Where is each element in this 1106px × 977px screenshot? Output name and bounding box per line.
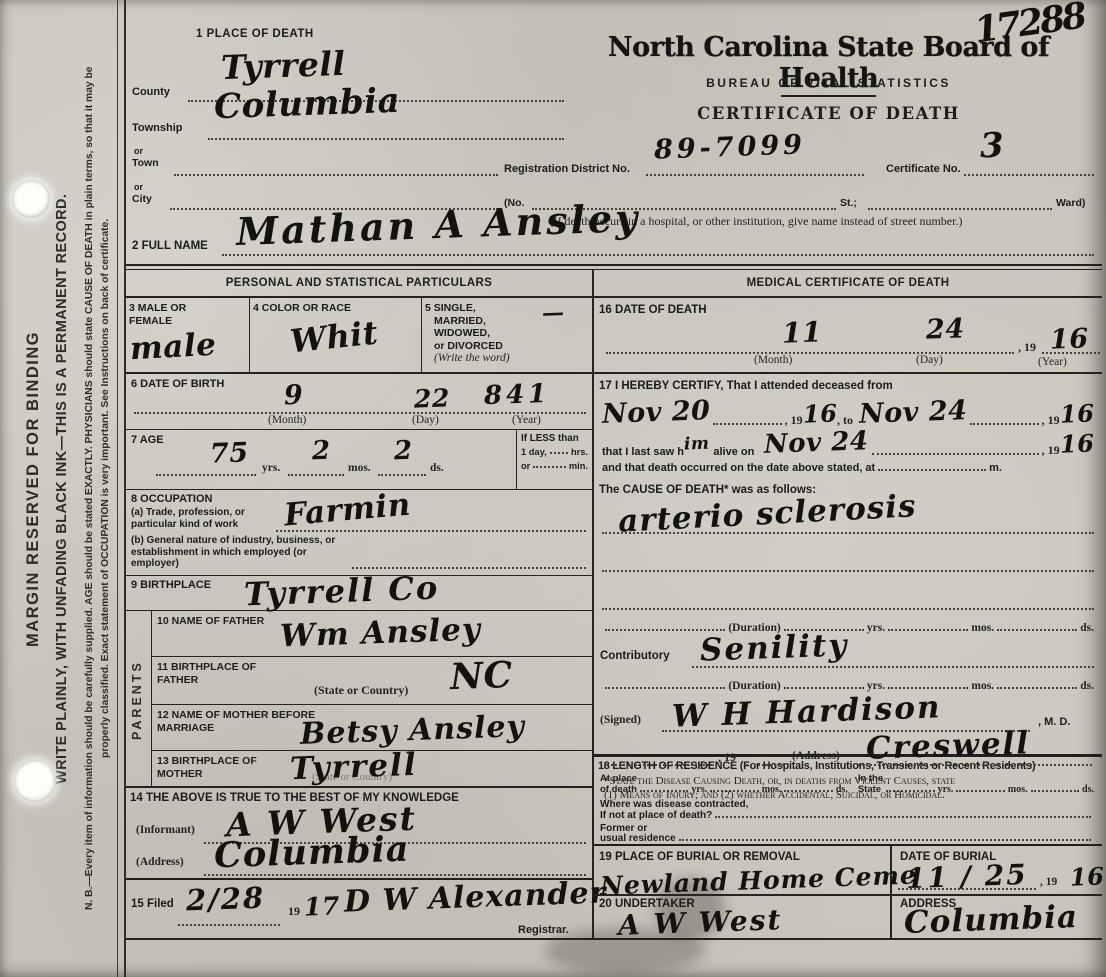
- birthplace-value-handwritten: Tyrrell Co: [243, 569, 439, 614]
- signed-label: (Signed): [600, 714, 641, 726]
- dod-year-dotted: [1042, 352, 1100, 354]
- mother-birthplace-handwritten: Tyrrell: [289, 747, 418, 787]
- sex-race-marital-row: 3 MALE OR FEMALE male 4 COLOR OR RACE Wh…: [126, 298, 592, 374]
- disease-contracted-label-1: Where was disease contracted,: [600, 799, 748, 810]
- attended-to-year-handwritten: 16: [1059, 398, 1094, 428]
- sex-cell: 3 MALE OR FEMALE male: [126, 298, 250, 372]
- marital-label-3: WIDOWED,: [425, 327, 589, 340]
- ward-dotted-line: [868, 208, 1052, 210]
- contributory-handwritten: Senility: [699, 627, 848, 668]
- duration-yrs: yrs.: [867, 622, 885, 634]
- from-19-prefix: , 19: [785, 413, 803, 428]
- last-saw-date-handwritten: Nov 24: [764, 426, 869, 460]
- less-than-one-day-cell: If LESS than 1 day, hrs. or min.: [516, 430, 592, 489]
- dod-dotted-line: [606, 352, 1014, 354]
- township-dotted-line: [208, 138, 564, 140]
- age-mos-label: mos.: [348, 462, 371, 474]
- burial-date-dotted: [898, 888, 1036, 890]
- residence-duration-line: At placeof death yrs. mos. ds. In theSta…: [600, 773, 1094, 795]
- physician-signature-handwritten: W H Hardison: [671, 689, 942, 734]
- filed-label: 15 Filed: [131, 898, 174, 910]
- undertaker-address-handwritten: Columbia: [903, 899, 1078, 941]
- burial-year-handwritten: 16: [1070, 861, 1105, 891]
- death-certificate-scan: MARGIN RESERVED FOR BINDING WRITE PLAINL…: [0, 0, 1106, 977]
- hole-punch-bottom: [14, 760, 56, 802]
- death-occurred-line: and that death occurred on the date abov…: [602, 462, 1002, 474]
- death-occurred-label: and that death occurred on the date abov…: [602, 462, 875, 474]
- mother-birthplace-row: 13 BIRTHPLACE OF MOTHER (State or Countr…: [152, 751, 592, 789]
- former-residence-label-2: usual residence: [600, 833, 676, 844]
- date-of-birth-row: 6 DATE OF BIRTH 9 22 841 (Month) (Day) (…: [126, 374, 592, 430]
- residence-title: 18 LENGTH OF RESIDENCE (For Hospitals, I…: [598, 760, 1035, 772]
- county-value-handwritten: Tyrrell: [220, 44, 346, 87]
- to-19-prefix: , 19: [1042, 413, 1060, 428]
- duration-ds: ds.: [1080, 680, 1094, 692]
- duration-line-2: (Duration) yrs. mos. ds.: [602, 680, 1094, 692]
- former-residence-line: usual residence: [600, 833, 1094, 844]
- age-ds-label: ds.: [430, 462, 444, 474]
- informant-row: 14 THE ABOVE IS TRUE TO THE BEST OF MY K…: [126, 788, 592, 880]
- occupation-a-dotted: [276, 530, 586, 532]
- dob-month-handwritten: 9: [283, 380, 303, 412]
- or-label: or: [134, 182, 143, 192]
- hole-punch-top: [12, 180, 50, 218]
- certify-statement: 17 I HEREBY CERTIFY, That I attended dec…: [599, 380, 893, 392]
- disease-contracted-line: If not at place of death?: [600, 810, 1094, 821]
- father-name-label: 10 NAME OF FATHER: [157, 615, 277, 628]
- ward-label: Ward): [1056, 197, 1085, 209]
- mother-name-label: 12 NAME OF MOTHER BEFORE MARRIAGE: [157, 709, 317, 734]
- mother-birthplace-label: 13 BIRTHPLACE OF MOTHER: [157, 755, 267, 780]
- occupation-b-label: (b) General nature of industry, business…: [131, 535, 349, 570]
- date-of-death-row: 16 DATE OF DEATH 11 24 (Month) (Day) , 1…: [594, 298, 1102, 374]
- father-name-row: 10 NAME OF FATHER Wm Ansley: [152, 611, 592, 657]
- burial-19-prefix: , 19: [1040, 876, 1057, 888]
- city-label: City: [132, 193, 152, 205]
- registration-district-dotted-line: [646, 174, 864, 176]
- certificate-form: 1 PLACE OF DEATH North Carolina State Bo…: [124, 0, 1100, 977]
- father-birthplace-handwritten: NC: [449, 654, 513, 698]
- attended-from-date-handwritten: Nov 20: [601, 395, 710, 430]
- burial-place-label: 19 PLACE OF BURIAL OR REMOVAL: [599, 851, 800, 863]
- res-yrs: yrs.: [691, 784, 707, 795]
- dod-day-note: (Day): [916, 354, 943, 366]
- contributory-dotted: [692, 666, 1094, 668]
- registrar-label: Registrar.: [518, 924, 569, 936]
- res-yrs: yrs.: [938, 784, 954, 795]
- attended-from-year-handwritten: 16: [802, 398, 837, 428]
- town-label: Town: [132, 157, 159, 169]
- township-value-handwritten: Columbia: [213, 81, 400, 127]
- to-label: , to: [837, 413, 853, 428]
- margin-permanent-record-text: WRITE PLAINLY, WITH UNFADING BLACK INK—T…: [54, 0, 78, 977]
- length-of-residence-block: 18 LENGTH OF RESIDENCE (For Hospitals, I…: [594, 756, 1102, 846]
- occupation-value-handwritten: Farmin: [283, 487, 413, 534]
- age-dotted-line: [288, 474, 344, 476]
- margin-nb-text-line2: properly classified. Exact statement of …: [100, 0, 115, 977]
- father-birthplace-row: 11 BIRTHPLACE OF FATHER (State or Countr…: [152, 657, 592, 705]
- marital-label-4: or DIVORCED: [425, 340, 589, 353]
- margin-nb-text-line1: N. B.—Every item of information should b…: [84, 0, 100, 977]
- informant-label: (Informant): [136, 824, 195, 836]
- attended-to-date-handwritten: Nov 24: [858, 395, 967, 430]
- occupation-a-label: (a) Trade, profession, or particular kin…: [131, 507, 283, 530]
- age-months-handwritten: 2: [311, 436, 331, 467]
- father-name-handwritten: Wm Ansley: [279, 612, 481, 655]
- filed-dotted: [178, 924, 280, 926]
- marital-write-word-note: (Write the word): [425, 352, 589, 366]
- dob-month-note: (Month): [268, 414, 306, 426]
- duration-line-1: (Duration) yrs. mos. ds.: [602, 622, 1094, 634]
- signed-dotted: [662, 730, 1030, 732]
- town-dotted-line: [174, 174, 498, 176]
- last-saw-line: that I last saw h im alive on Nov 24 , 1…: [602, 432, 1094, 458]
- age-row: 7 AGE 75 yrs. 2 mos. 2 ds. If LESS than …: [126, 430, 592, 490]
- race-label: 4 COLOR OR RACE: [253, 302, 418, 315]
- age-dotted-line: [156, 474, 256, 476]
- res-mos: mos.: [762, 784, 782, 795]
- age-years-handwritten: 75: [209, 437, 249, 469]
- dob-year-note: (Year): [512, 414, 541, 426]
- registration-district-label: Registration District No.: [504, 163, 630, 175]
- county-label: County: [132, 86, 170, 98]
- filed-row: 15 Filed 2/28 19 17 D W Alexander Regist…: [126, 880, 592, 940]
- age-days-handwritten: 2: [393, 436, 413, 467]
- dod-day-handwritten: 24: [925, 313, 965, 345]
- alive-on-label: alive on: [713, 446, 754, 458]
- full-name-value-handwritten: Mathan A Ansley: [235, 195, 641, 254]
- md-label: , M. D.: [1038, 716, 1070, 728]
- township-label: Township: [132, 122, 183, 134]
- father-birthplace-label: 11 BIRTHPLACE OF FATHER: [157, 661, 269, 686]
- parents-label-cell: PARENTS: [126, 611, 152, 786]
- dod-label: 16 DATE OF DEATH: [599, 304, 707, 316]
- parents-vertical-label: PARENTS: [130, 611, 144, 789]
- filed-year-handwritten: 17: [304, 891, 341, 921]
- or-label: or: [521, 461, 530, 471]
- bureau-underline: [781, 95, 876, 97]
- age-label: 7 AGE: [131, 434, 164, 446]
- medical-section-title: MEDICAL CERTIFICATE OF DEATH: [594, 270, 1102, 298]
- dob-label: 6 DATE OF BIRTH: [131, 378, 224, 390]
- margin-binding-text: MARGIN RESERVED FOR BINDING: [24, 0, 50, 977]
- duration-mos: mos.: [971, 622, 994, 634]
- medical-certificate-column: MEDICAL CERTIFICATE OF DEATH 16 DATE OF …: [594, 270, 1102, 938]
- res-mos: mos.: [1008, 784, 1028, 795]
- one-day-label: 1 day,: [521, 447, 547, 457]
- mother-name-handwritten: Betsy Ansley: [299, 709, 525, 752]
- parents-block: PARENTS 10 NAME OF FATHER Wm Ansley 11 B…: [126, 610, 592, 788]
- certificate-no-label: Certificate No.: [886, 163, 961, 175]
- mother-name-row: 12 NAME OF MOTHER BEFORE MARRIAGE Betsy …: [152, 705, 592, 751]
- dod-month-note: (Month): [754, 354, 792, 366]
- st-label: St.;: [840, 197, 857, 209]
- last-saw-year-handwritten: 16: [1059, 428, 1094, 458]
- less-than-label: If LESS than: [521, 433, 588, 444]
- filed-19-prefix: 19: [288, 904, 300, 919]
- dod-year-note: (Year): [1038, 356, 1067, 368]
- sex-label: 3 MALE OR FEMALE: [129, 302, 207, 327]
- age-dotted-line: [378, 474, 426, 476]
- dod-year-handwritten: 16: [1049, 323, 1089, 355]
- last-saw-prefix: that I last saw h: [602, 446, 684, 458]
- hrs-dotted: [550, 452, 568, 454]
- informant-address-dotted: [204, 874, 586, 876]
- registrar-signature-handwritten: D W Alexander: [343, 875, 606, 919]
- certification-block: 17 I HEREBY CERTIFY, That I attended dec…: [594, 374, 1102, 756]
- dob-year-handwritten: 841: [483, 379, 550, 411]
- duration-yrs: yrs.: [867, 680, 885, 692]
- bureau-subtitle: BUREAU OF VITAL STATISTICS: [556, 76, 1101, 90]
- occupation-label: 8 OCCUPATION: [131, 493, 213, 505]
- dob-day-handwritten: 22: [414, 383, 451, 413]
- min-dotted: [533, 466, 566, 468]
- certificate-of-death-title: CERTIFICATE OF DEATH: [556, 104, 1101, 123]
- race-value-handwritten: Whit: [288, 313, 380, 360]
- in-the-state-label: In theState: [858, 773, 883, 795]
- dod-month-handwritten: 11: [781, 315, 822, 349]
- full-name-label: 2 FULL NAME: [132, 240, 208, 252]
- registration-district-value-handwritten: 89-7099: [654, 129, 807, 165]
- sex-value-handwritten: male: [129, 327, 217, 369]
- cause-dotted-2: [602, 570, 1094, 572]
- res-ds: ds.: [1082, 784, 1094, 795]
- race-cell: 4 COLOR OR RACE Whit: [250, 298, 422, 372]
- burial-column-divider: [890, 846, 892, 940]
- last-saw-him-handwritten: im: [684, 434, 710, 455]
- binding-rule-thin: [117, 0, 118, 977]
- or-label: or: [134, 146, 143, 156]
- disease-contracted-label-2: If not at place of death?: [600, 810, 712, 821]
- m-label: m.: [989, 462, 1002, 474]
- certificate-no-dotted-line: [964, 174, 1094, 176]
- informant-address-label: (Address): [136, 856, 184, 868]
- certificate-no-value-handwritten: 3: [979, 126, 1005, 167]
- filed-date-handwritten: 2/28: [185, 881, 265, 918]
- hrs-label: hrs.: [571, 447, 588, 457]
- undertaker-handwritten: A W West: [617, 903, 782, 942]
- min-label: min.: [569, 461, 588, 471]
- res-ds: ds.: [836, 784, 848, 795]
- burial-undertaker-block: 19 PLACE OF BURIAL OR REMOVAL Newland Ho…: [594, 846, 1102, 940]
- personal-section-title: PERSONAL AND STATISTICAL PARTICULARS: [126, 270, 592, 298]
- marital-cell: 5 SINGLE, MARRIED, WIDOWED, or DIVORCED …: [422, 298, 592, 372]
- cause-dotted-1: [602, 532, 1094, 534]
- marital-value-handwritten: —: [541, 300, 564, 327]
- attended-from-line: Nov 20 , 19 16 , to Nov 24 , 19 16: [602, 398, 1094, 428]
- full-name-dotted-line: [222, 254, 1094, 256]
- occupation-b-dotted: [352, 567, 586, 569]
- last-saw-19-prefix: , 19: [1042, 443, 1060, 458]
- personal-particulars-column: PERSONAL AND STATISTICAL PARTICULARS 3 M…: [126, 270, 594, 938]
- cause-dotted-3: [602, 608, 1094, 610]
- contributory-label: Contributory: [600, 650, 670, 662]
- dob-day-note: (Day): [412, 414, 439, 426]
- at-place-label: At placeof death: [600, 773, 637, 795]
- informant-address-handwritten: Columbia: [213, 829, 410, 877]
- place-of-death-label: 1 PLACE OF DEATH: [196, 28, 314, 40]
- duration-mos: mos.: [971, 680, 994, 692]
- birthplace-label: 9 BIRTHPLACE: [131, 579, 211, 591]
- occupation-row: 8 OCCUPATION (a) Trade, profession, or p…: [126, 490, 592, 576]
- duration-ds: ds.: [1080, 622, 1094, 634]
- duration-note: (Duration): [728, 680, 780, 692]
- birthplace-row: 9 BIRTHPLACE Tyrrell Co: [126, 576, 592, 610]
- form-header-block: 1 PLACE OF DEATH North Carolina State Bo…: [126, 0, 1102, 264]
- age-yrs-label: yrs.: [262, 462, 280, 474]
- dod-19-prefix: , 19: [1018, 340, 1036, 355]
- father-state-note: (State or Country): [314, 683, 408, 698]
